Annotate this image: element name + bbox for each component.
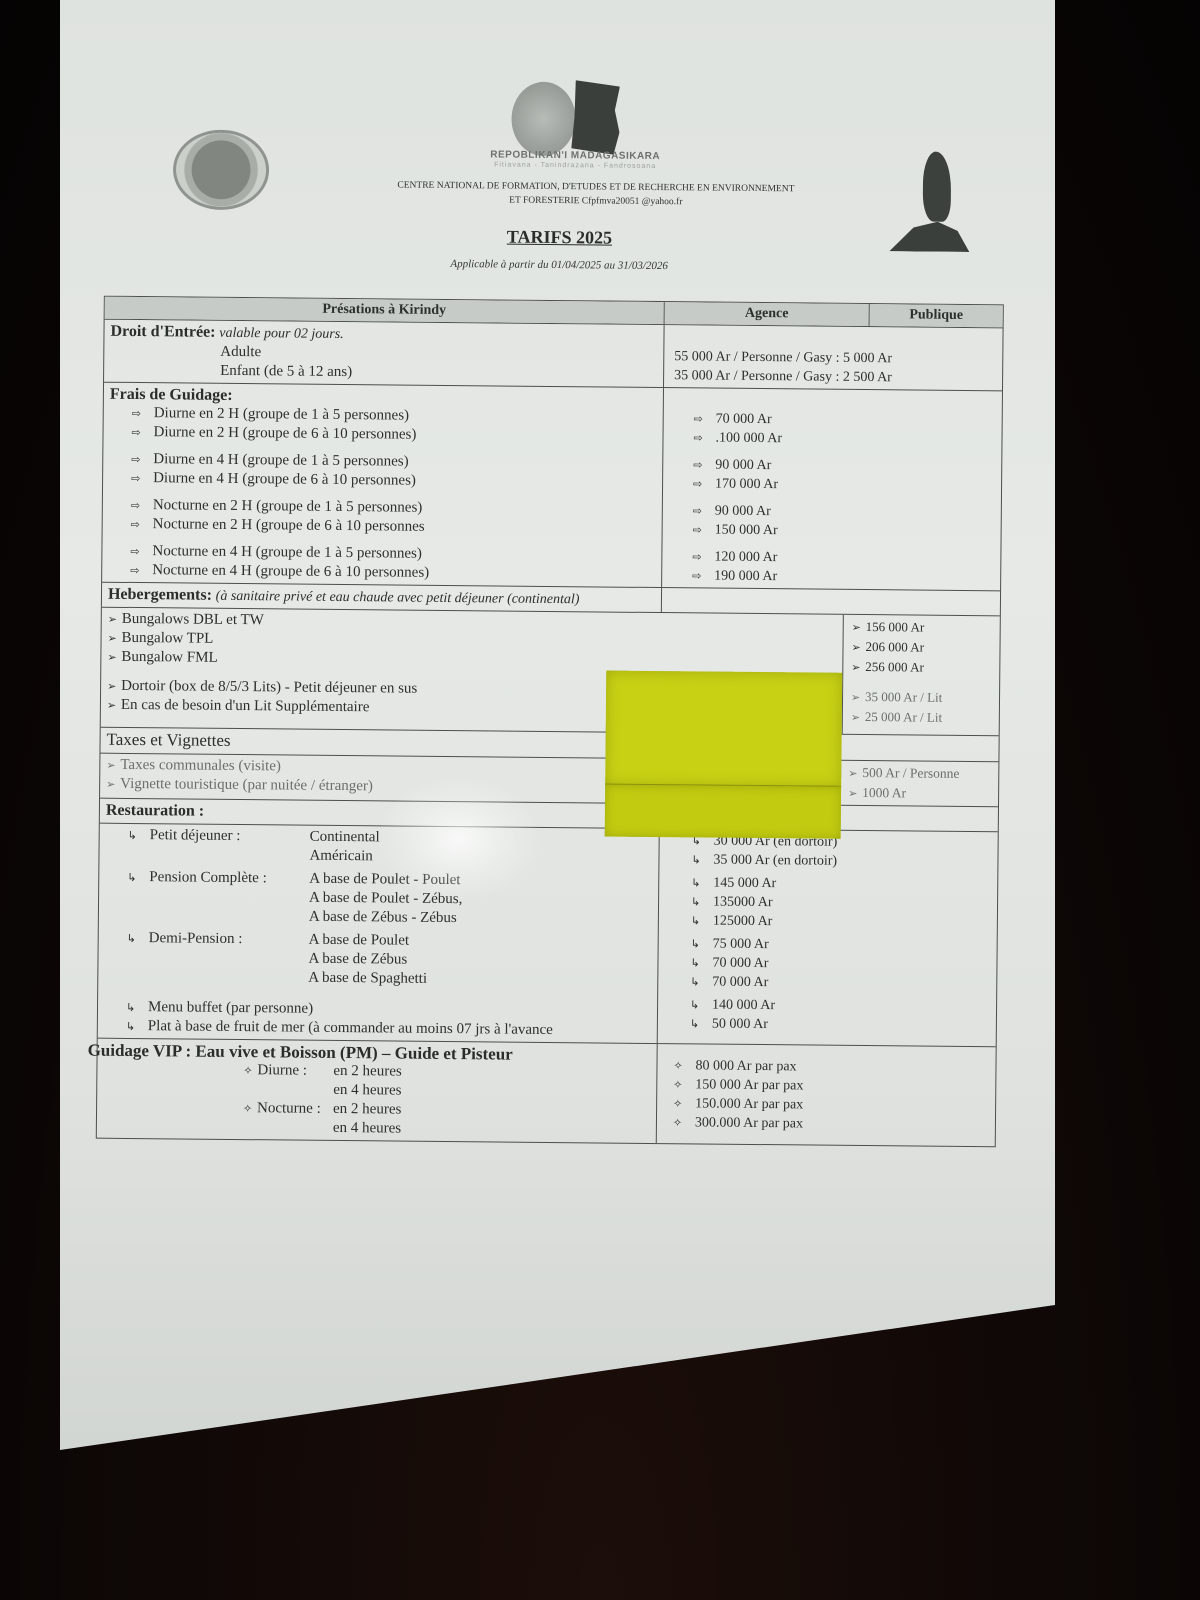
price-agence: 145 000 Ar: [713, 876, 776, 892]
column-header-agence: Agence: [665, 302, 870, 326]
arrow-bullet-icon: ⇨: [693, 428, 715, 447]
arrow-bullet-icon: ⇨: [693, 501, 715, 520]
section-heading: Taxes et Vignettes: [107, 730, 231, 750]
restauration-item: A base de Poulet - Zébus,: [309, 889, 462, 909]
chevron-bullet-icon: ➢: [107, 629, 121, 648]
price-row: ⇨170 000 Ar: [673, 474, 991, 496]
price-agence: 50 000 Ar: [712, 1017, 768, 1033]
guidage-label: Nocturne en 2 H (groupe de 1 à 5 personn…: [153, 497, 423, 516]
diamond-bullet-icon: ✧: [673, 1094, 695, 1113]
arrow-bullet-icon: ⇨: [131, 496, 153, 515]
section-heading: Hebergements:: [108, 586, 212, 604]
price-publique: ➢35 000 Ar / Lit: [851, 687, 991, 708]
price-agence: .100 000 Ar: [715, 431, 782, 447]
restauration-category: Petit déjeuner :: [150, 826, 310, 847]
arrow-bullet-icon: ⇨: [693, 474, 715, 493]
republic-seal-icon: [511, 82, 576, 157]
diamond-bullet-icon: ✧: [673, 1075, 695, 1094]
vip-duration: en 4 heures: [333, 1081, 401, 1101]
restauration-item: A base de Zébus - Zébus: [309, 908, 457, 928]
price-publique: ➢206 000 Ar: [851, 637, 991, 658]
republic-name: REPOBLIKAN'I MADAGASIKARA: [470, 149, 680, 162]
price-agence: 70 000 Ar: [712, 975, 768, 991]
price-row: ✧300.000 Ar par pax: [667, 1113, 985, 1135]
hook-arrow-bullet-icon: ↳: [127, 868, 149, 887]
hook-arrow-bullet-icon: ↳: [691, 934, 713, 953]
vip-label: Nocturne :: [257, 1099, 333, 1119]
list-item: ➢Vignette touristique (par nuitée / étra…: [106, 775, 653, 799]
price-agence: 35 000 Ar / Personne / Gasy :: [674, 368, 839, 385]
republic-motto: Fitiavana - Tanindrazana - Fandrosoana: [470, 161, 680, 170]
hook-arrow-bullet-icon: ↳: [126, 1017, 148, 1036]
price-agence: 35 000 Ar (en dortoir): [713, 853, 837, 869]
hook-arrow-bullet-icon: ↳: [691, 850, 713, 869]
hook-arrow-bullet-icon: ↳: [690, 972, 712, 991]
arrow-bullet-icon: ⇨: [692, 547, 714, 566]
list-item: ↳Plat à base de fruit de mer (à commande…: [104, 1017, 651, 1041]
tariff-document: REPOBLIKAN'I MADAGASIKARA Fitiavana - Ta…: [0, 0, 1200, 1600]
guidage-label: Diurne en 4 H (groupe de 1 à 5 personnes…: [153, 451, 408, 469]
section-droit-entree: Droit d'Entrée: valable pour 02 jours. A…: [104, 320, 1003, 392]
chevron-bullet-icon: ➢: [107, 696, 121, 715]
diamond-bullet-icon: ✧: [673, 1113, 695, 1132]
price-publique: ➢500 Ar / Personne: [848, 763, 990, 784]
vip-duration: en 2 heures: [333, 1100, 401, 1120]
price-agence: 90 000 Ar: [715, 458, 771, 474]
price-publique: ➢1000 Ar: [848, 783, 990, 804]
price-agence: 80 000 Ar par pax: [695, 1058, 796, 1074]
restauration-item: A base de Zébus: [308, 950, 407, 970]
list-item: ⇨Nocturne en 4 H (groupe de 6 à 10 perso…: [108, 561, 655, 585]
price-agence: 70 000 Ar: [712, 956, 768, 972]
restauration-item: A base de Poulet - Poulet: [309, 870, 460, 890]
chevron-bullet-icon: ➢: [848, 764, 862, 783]
hook-arrow-bullet-icon: ↳: [126, 998, 148, 1017]
list-item: Américain: [105, 845, 652, 869]
price-row: ↳35 000 Ar (en dortoir): [669, 850, 987, 872]
baobab-tree-icon: [884, 151, 975, 257]
price-agence: 140 000 Ar: [712, 998, 775, 1014]
restauration-category: [149, 887, 309, 908]
restauration-item: Américain: [309, 847, 372, 867]
arrow-bullet-icon: ⇨: [694, 409, 716, 428]
spacer: [243, 1118, 333, 1138]
section-restauration: ↳Petit déjeuner :ContinentalAméricain↳Pe…: [98, 824, 998, 1048]
list-item: Enfant (de 5 à 12 ans): [110, 361, 657, 385]
restauration-category: Demi-Pension :: [149, 929, 309, 950]
price-agence: 90 000 Ar: [715, 504, 771, 520]
price-publique: ➢256 000 Ar: [851, 657, 991, 678]
guidage-label: Diurne en 4 H (groupe de 6 à 10 personne…: [153, 470, 416, 489]
vip-label: Diurne :: [257, 1061, 333, 1081]
restauration-item: Plat à base de fruit de mer (à commander…: [148, 1017, 651, 1041]
section-note: (à sanitaire privé et eau chaude avec pe…: [216, 589, 580, 607]
price-agence: 75 000 Ar: [713, 937, 769, 953]
arrow-bullet-icon: ⇨: [693, 520, 715, 539]
price-publique: 2 500 Ar: [843, 370, 892, 385]
column-header-publique: Publique: [870, 304, 1003, 327]
price-publique: ➢156 000 Ar: [852, 617, 992, 638]
guidage-label: Nocturne en 4 H (groupe de 6 à 10 person…: [152, 562, 429, 581]
price-row: ↳125000 Ar: [669, 911, 987, 933]
diamond-bullet-icon: ✧: [243, 1099, 257, 1118]
arrow-bullet-icon: ⇨: [130, 561, 152, 580]
price-agence: 120 000 Ar: [714, 550, 777, 566]
arrow-bullet-icon: ⇨: [131, 450, 153, 469]
arrow-bullet-icon: ⇨: [130, 542, 152, 561]
price-agence: 190 000 Ar: [714, 569, 777, 585]
guidage-label: Nocturne en 4 H (groupe de 1 à 5 personn…: [152, 543, 422, 562]
restauration-item: A base de Spaghetti: [308, 969, 427, 989]
hook-arrow-bullet-icon: ↳: [691, 873, 713, 892]
hook-arrow-bullet-icon: ↳: [690, 995, 712, 1014]
chevron-bullet-icon: ➢: [107, 677, 121, 696]
price-row: 35 000 Ar / Personne / Gasy : 2 500 Ar: [674, 366, 992, 388]
hook-arrow-bullet-icon: ↳: [691, 911, 713, 930]
price-agence: 70 000 Ar: [716, 412, 772, 428]
chevron-bullet-icon: ➢: [851, 658, 865, 677]
price-agence: 135000 Ar: [713, 895, 773, 911]
tariff-table: Présations à Kirindy Agence Publique Dro…: [96, 296, 1004, 1148]
guidage-label: Diurne en 2 H (groupe de 1 à 5 personnes…: [154, 405, 409, 423]
price-row: ⇨190 000 Ar: [672, 566, 990, 588]
list-item: A base de Zébus - Zébus: [105, 906, 652, 930]
arrow-bullet-icon: ⇨: [693, 455, 715, 474]
arrow-bullet-icon: ⇨: [131, 423, 153, 442]
price-row: ↳50 000 Ar: [668, 1014, 986, 1036]
hook-arrow-bullet-icon: ↳: [128, 826, 150, 845]
restauration-category: [148, 948, 308, 969]
price-agence: 150 000 Ar par pax: [695, 1077, 803, 1093]
sticky-note: [605, 671, 842, 788]
diamond-bullet-icon: ✧: [243, 1061, 257, 1080]
chevron-bullet-icon: ➢: [851, 638, 865, 657]
section-heading: Droit d'Entrée:: [110, 323, 215, 341]
diamond-bullet-icon: ✧: [673, 1056, 695, 1075]
guidage-label: Nocturne en 2 H (groupe de 6 à 10 person…: [153, 516, 425, 535]
guidage-label: Diurne en 2 H (groupe de 6 à 10 personne…: [153, 424, 416, 443]
restauration-item: A base de Poulet: [309, 931, 410, 951]
spacer: [243, 1080, 333, 1100]
price-agence: 55 000 Ar / Personne / Gasy :: [674, 349, 839, 366]
hook-arrow-bullet-icon: ↳: [691, 892, 713, 911]
restauration-item: Continental: [310, 828, 380, 848]
price-row: ⇨.100 000 Ar: [673, 428, 991, 450]
validity-period: Applicable à partir du 01/04/2025 au 31/…: [384, 257, 734, 272]
page-title: TARIFS 2025: [434, 226, 684, 249]
chevron-bullet-icon: ➢: [106, 756, 120, 775]
arrow-bullet-icon: ⇨: [692, 566, 714, 585]
chevron-bullet-icon: ➢: [848, 784, 862, 803]
chevron-bullet-icon: ➢: [106, 775, 120, 794]
chevron-bullet-icon: ➢: [851, 708, 865, 727]
price-row: ⇨150 000 Ar: [673, 520, 991, 542]
restauration-category: Pension Complète :: [149, 868, 309, 889]
institution-seal-icon: [173, 129, 270, 210]
arrow-bullet-icon: ⇨: [132, 404, 154, 423]
chevron-bullet-icon: ➢: [107, 648, 121, 667]
vip-duration: en 4 heures: [333, 1119, 401, 1139]
price-row: ↳70 000 Ar: [668, 972, 986, 994]
restauration-category: [149, 845, 309, 866]
hook-arrow-bullet-icon: ↳: [127, 929, 149, 948]
section-hebergements: ➢Bungalows DBL et TW ➢Bungalow TPL ➢Bung…: [101, 608, 1000, 737]
price-agence: 150 000 Ar: [715, 523, 778, 539]
restauration-category: [148, 967, 308, 988]
chevron-bullet-icon: ➢: [852, 618, 866, 637]
section-note: valable pour 02 jours.: [219, 326, 344, 342]
price-agence: 170 000 Ar: [715, 477, 778, 493]
sticky-note: [605, 784, 841, 839]
price-agence: 125000 Ar: [713, 914, 773, 930]
hook-arrow-bullet-icon: ↳: [690, 1014, 712, 1033]
organization-name: CENTRE NATIONAL DE FORMATION, D'ETUDES E…: [361, 178, 831, 211]
hook-arrow-bullet-icon: ↳: [690, 953, 712, 972]
price-publique: 5 000 Ar: [843, 351, 892, 366]
price-agence: 300.000 Ar par pax: [695, 1115, 803, 1131]
chevron-bullet-icon: ➢: [108, 610, 122, 629]
section-frais-guidage: Frais de Guidage: ⇨Diurne en 2 H (groupe…: [102, 383, 1002, 592]
section-heading: Restauration :: [106, 802, 204, 820]
arrow-bullet-icon: ⇨: [131, 515, 153, 534]
section-guidage-vip: Guidage VIP : Eau vive et Boisson (PM) –…: [97, 1039, 996, 1147]
list-item: en 4 heures: [103, 1117, 650, 1141]
arrow-bullet-icon: ⇨: [131, 469, 153, 488]
chevron-bullet-icon: ➢: [851, 688, 865, 707]
restauration-category: [149, 906, 309, 927]
list-item: A base de Spaghetti: [104, 967, 651, 991]
vip-duration: en 2 heures: [333, 1062, 401, 1082]
price-agence: 150.000 Ar par pax: [695, 1096, 803, 1112]
price-publique: ➢25 000 Ar / Lit: [851, 707, 991, 728]
flag-icon: [571, 80, 620, 154]
